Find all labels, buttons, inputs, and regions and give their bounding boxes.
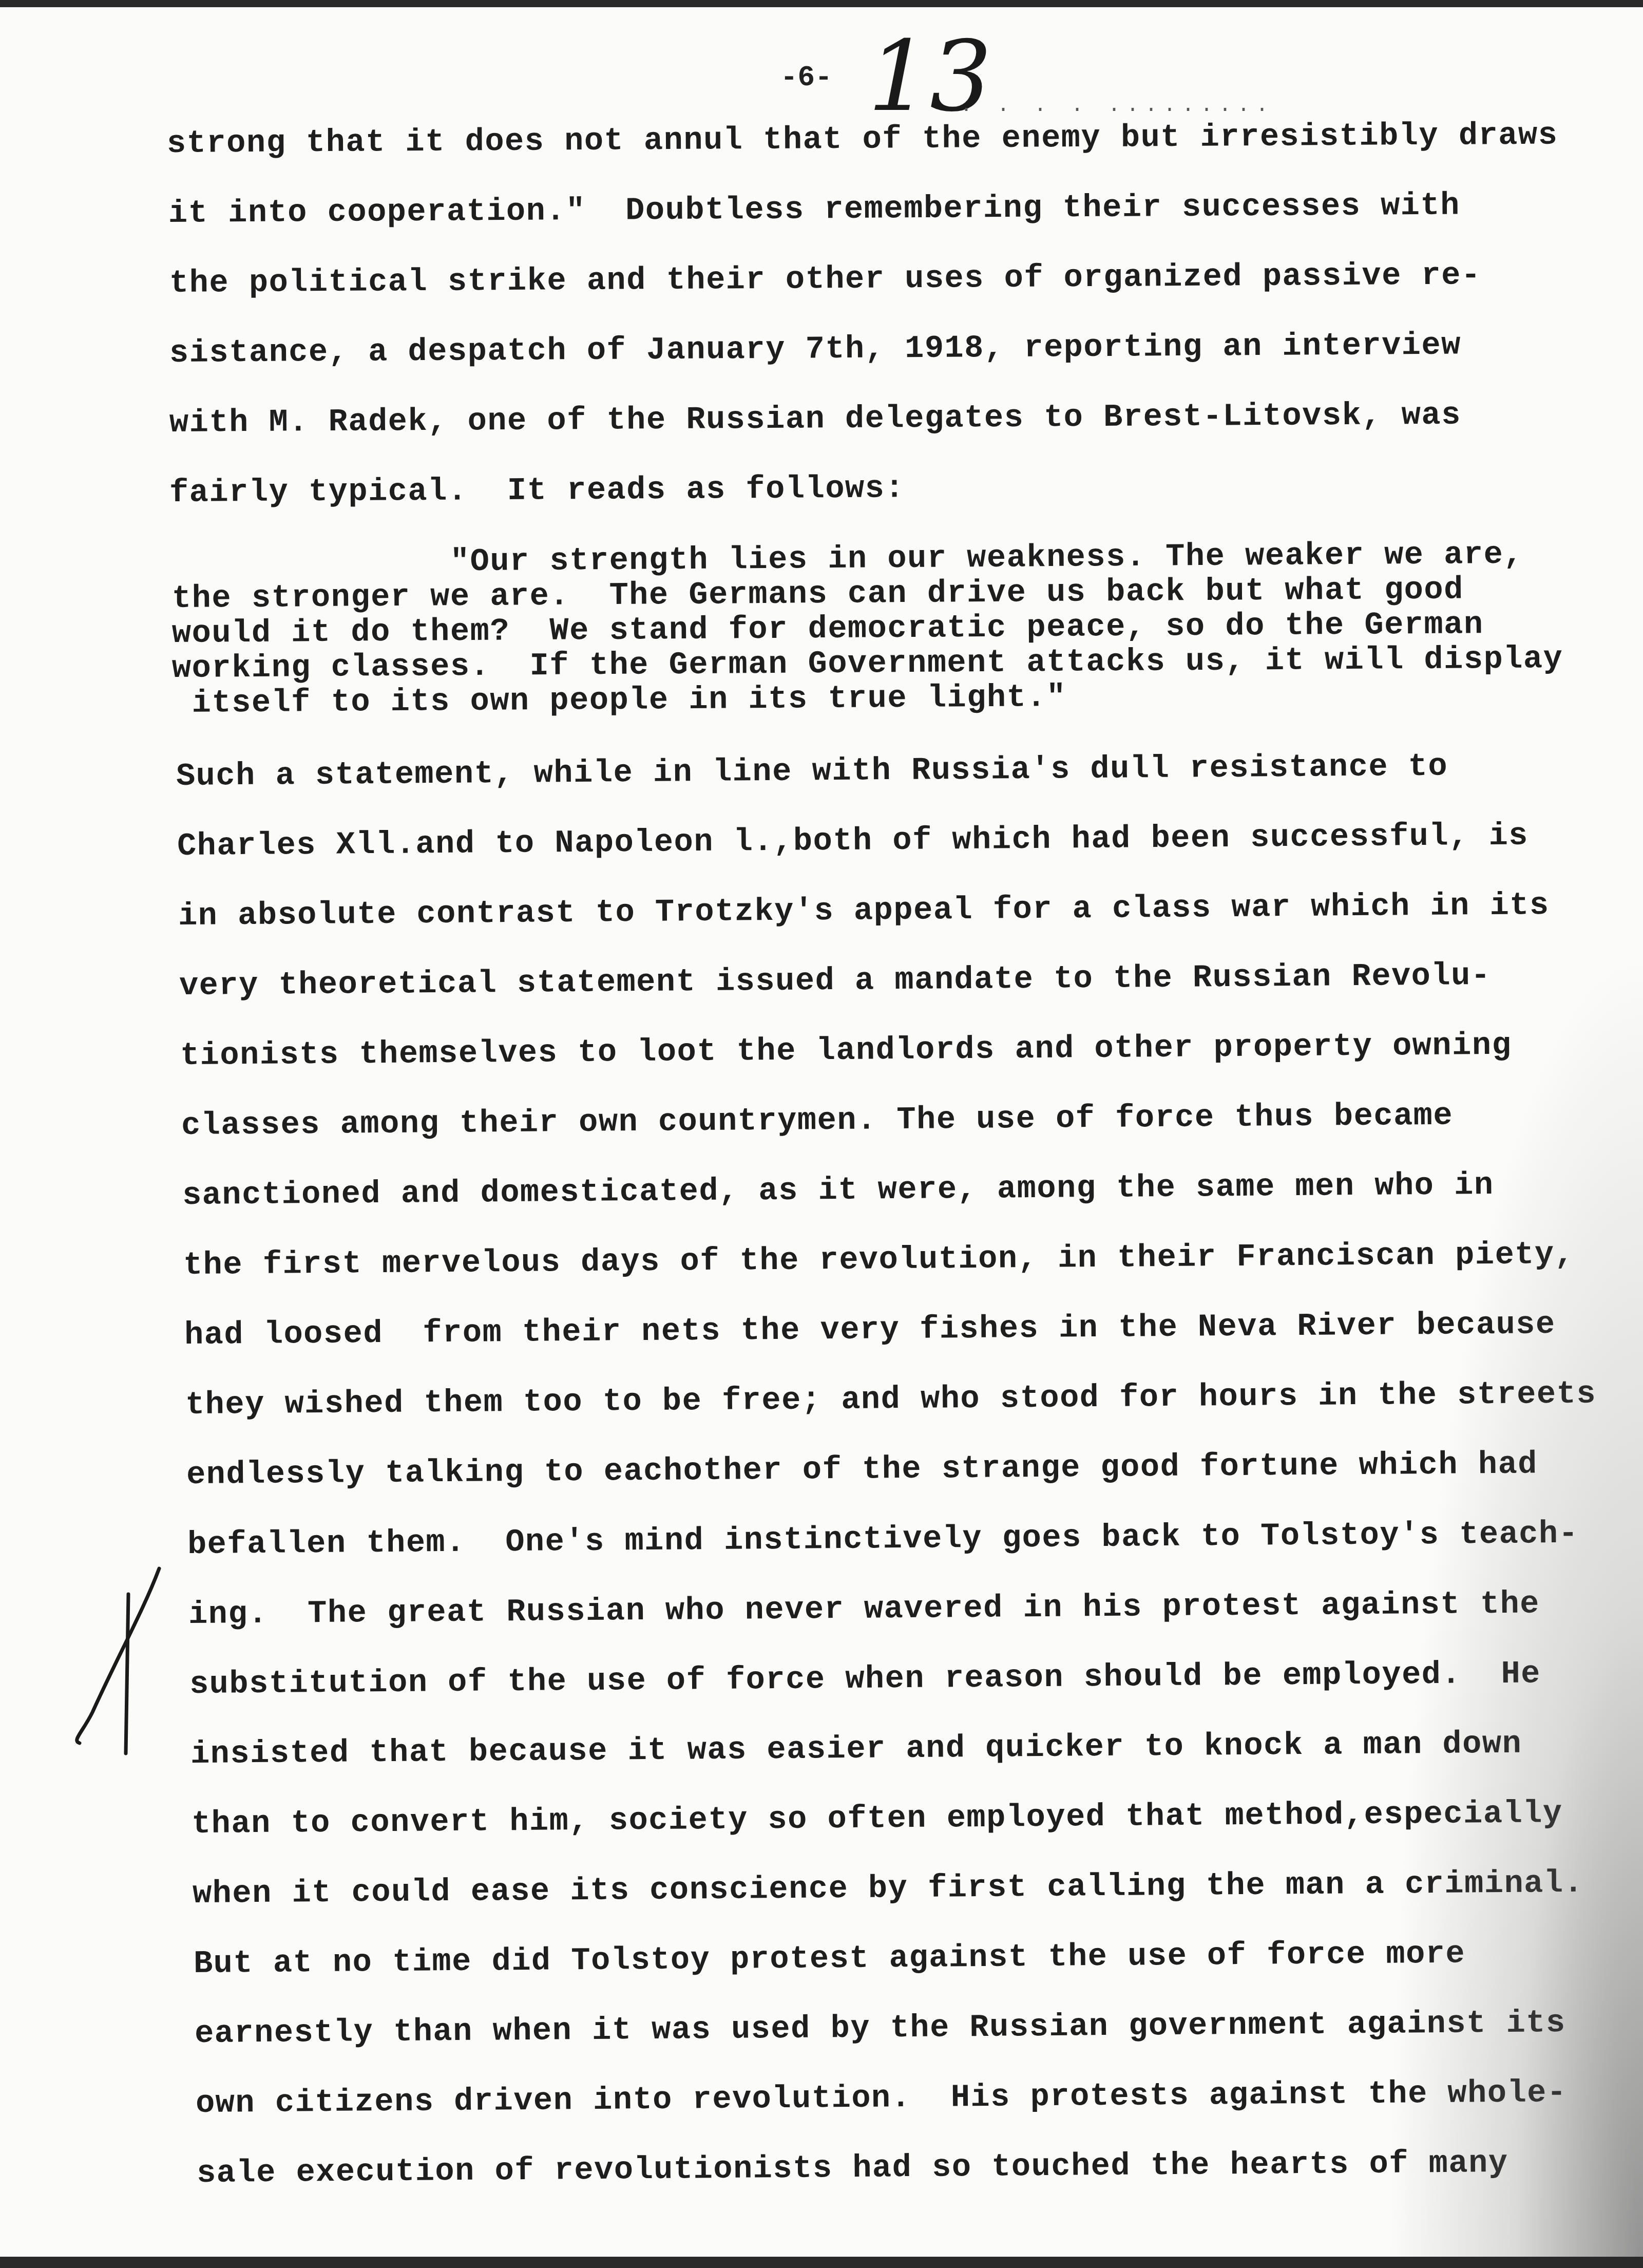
text-line: sale execution of revolutionists had so … xyxy=(197,2145,1508,2191)
text-line: sistance, a despatch of January 7th, 191… xyxy=(169,327,1461,371)
text-line: endlessly talking to eachother of the st… xyxy=(186,1446,1538,1493)
text-line: very theoretical statement issued a mand… xyxy=(179,957,1491,1004)
text-line: earnestly than when it was used by the R… xyxy=(195,2005,1566,2052)
text-line: with M. Radek, one of the Russian delega… xyxy=(169,397,1461,441)
text-line: own citizens driven into revolution. His… xyxy=(196,2074,1567,2122)
text-line: when it could ease its conscience by fir… xyxy=(193,1865,1584,1912)
text-line: strong that it does not annul that of th… xyxy=(167,117,1558,162)
text-line: tionists themselves to loot the landlord… xyxy=(180,1027,1512,1074)
text-line: the first mervelous days of the revoluti… xyxy=(183,1236,1575,1283)
text-line: in absolute contrast to Trotzky's appeal… xyxy=(178,887,1550,934)
text-line: ing. The great Russian who never wavered… xyxy=(188,1585,1540,1633)
text-line: had loosed from their nets the very fish… xyxy=(184,1306,1556,1353)
document-page: -6- 13 . . . . ......... strong that it … xyxy=(0,7,1643,2257)
text-line: Charles Xll.and to Napoleon l.,both of w… xyxy=(177,817,1529,864)
text-line: than to convert him, society so often em… xyxy=(192,1795,1563,1842)
quote-line: itself to its own people in its true lig… xyxy=(172,679,1066,722)
handwritten-margin-mark-icon xyxy=(62,1563,195,1759)
decorative-dots: . . . . ......... xyxy=(960,94,1274,118)
text-line: fairly typical. It reads as follows: xyxy=(169,470,905,511)
text-line: befallen them. One's mind instinctively … xyxy=(187,1516,1579,1563)
text-line: Such a statement, while in line with Rus… xyxy=(176,748,1448,795)
text-line: But at no time did Tolstoy protest again… xyxy=(194,1936,1466,1982)
text-line: the political strike and their other use… xyxy=(169,257,1481,301)
text-line: classes among their own countrymen. The … xyxy=(181,1098,1454,1144)
text-line: insisted that because it was easier and … xyxy=(190,1726,1522,1772)
text-line: substitution of the use of force when re… xyxy=(189,1655,1541,1703)
text-line: they wished them too to be free; and who… xyxy=(185,1375,1597,1423)
text-line: it into cooperation." Doubtless remember… xyxy=(168,187,1460,232)
text-line: sanctioned and domesticated, as it were,… xyxy=(182,1167,1494,1214)
page-number: -6- xyxy=(780,61,832,94)
